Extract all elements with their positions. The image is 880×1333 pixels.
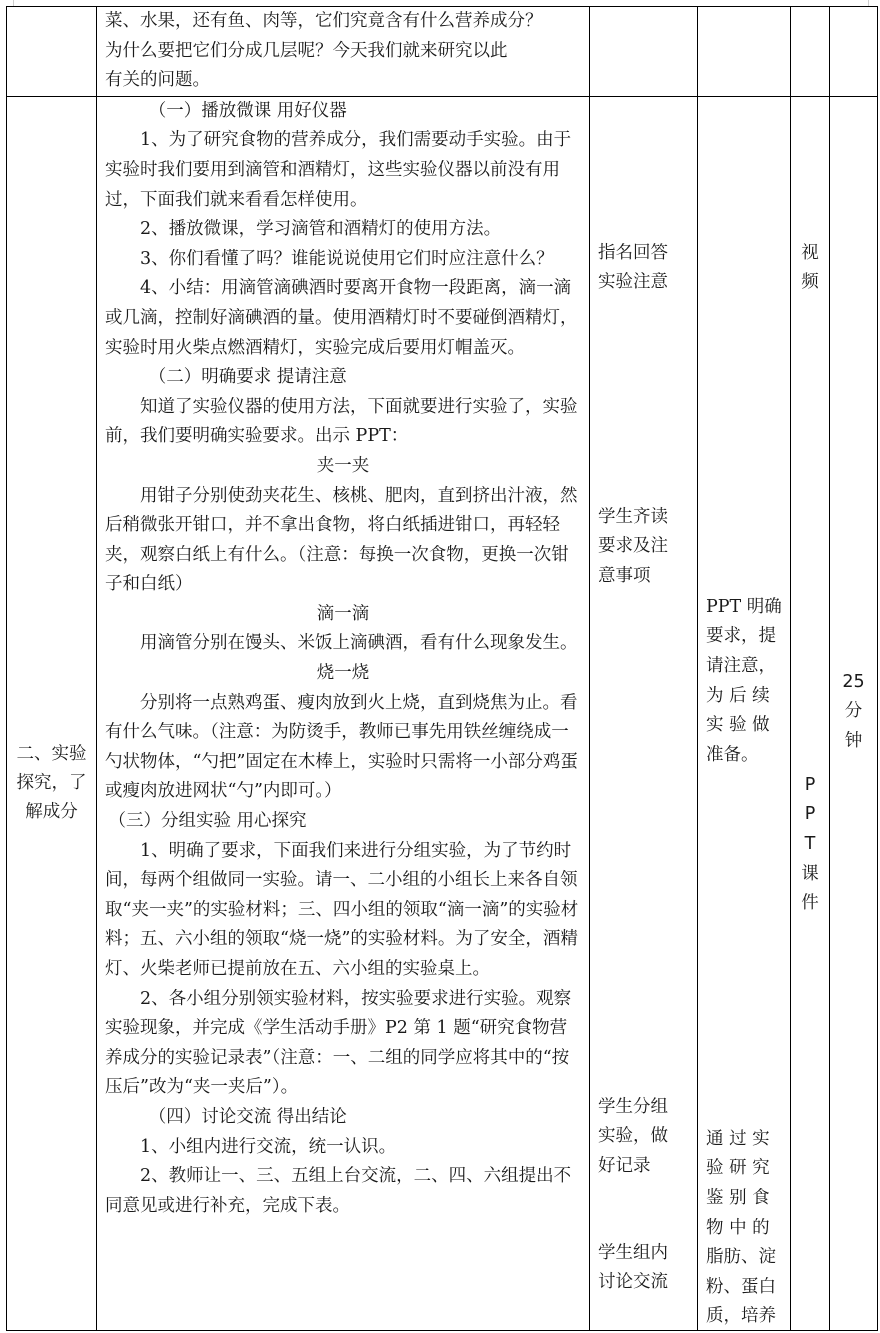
section-2-paragraph-1: 知道了实验仪器的使用方法，下面就要进行实验了，实验前，我们要明确实验要求。出示 … xyxy=(105,393,581,452)
intro-line-2: 为什么要把它们分成几层呢？今天我们就来研究以此 xyxy=(105,37,581,67)
time-cell: 25 分 钟 xyxy=(830,96,878,1330)
phase-label-line-2: 探究，了 xyxy=(13,769,90,798)
phase-label-line-3: 解成分 xyxy=(13,798,90,827)
phase-cell: 二、实验 探究，了 解成分 xyxy=(7,96,97,1330)
experiment-1-text: 用钳子分别使劲夹花生、核桃、肥肉，直到挤出汁液，然后稍微张开钳口，并不拿出食物，… xyxy=(105,482,581,600)
experiment-1-title: 夹一夹 xyxy=(105,452,581,482)
section-3-paragraph-1: 1、明确了要求，下面我们来进行分组实验，为了节约时间，每两个组做同一实验。请一、… xyxy=(105,837,581,985)
section-4-paragraph-1: 1、小组内进行交流，统一认识。 xyxy=(105,1133,581,1163)
section-3-paragraph-2: 2、各小组分别领实验材料，按实验要求进行实验。观察实验现象，并完成《学生活动手册… xyxy=(105,985,581,1103)
experiment-3-title: 烧一烧 xyxy=(105,659,581,689)
time-value: 25 xyxy=(830,668,877,698)
time-cell-empty xyxy=(830,7,878,97)
design-intent-2-line-3: 鉴 别 食 xyxy=(706,1184,783,1214)
section-title-3: （三）分组实验 用心探究 xyxy=(105,807,581,837)
media-cell: 视 频 P P T 课 件 xyxy=(791,96,830,1330)
table-row-intro: 菜、水果，还有鱼、肉等，它们究竟含有什么营养成分？ 为什么要把它们分成几层呢？今… xyxy=(7,7,878,97)
media-2-char-3: T xyxy=(791,830,829,860)
media-1-char-2: 频 xyxy=(791,268,829,298)
experiment-2-text: 用滴管分别在馒头、米饭上滴碘酒，看有什么现象发生。 xyxy=(105,629,581,659)
design-intent-2-line-7: 质，培养 xyxy=(706,1302,783,1332)
student-activity-2-line-1: 学生齐读 xyxy=(598,503,668,533)
media-2-char-1: P xyxy=(791,771,829,801)
experiment-2-title: 滴一滴 xyxy=(105,600,581,630)
design-intent-1-line-5: 实 验 做 xyxy=(706,711,783,741)
design-intent-1-line-3: 请注意， xyxy=(706,652,783,682)
design-intent-2-line-6: 粉、蛋白 xyxy=(706,1273,783,1303)
design-intent-1-line-1: PPT 明确 xyxy=(706,593,783,623)
student-activity-3-line-3: 好记录 xyxy=(598,1152,668,1182)
phase-cell-empty xyxy=(7,7,97,97)
student-activity-1-line-2: 实验注意 xyxy=(598,268,668,298)
phase-label-line-1: 二、实验 xyxy=(13,740,90,769)
teacher-activity-cell: 菜、水果，还有鱼、肉等，它们究竟含有什么营养成分？ 为什么要把它们分成几层呢？今… xyxy=(97,7,590,97)
design-intent-1-line-4: 为 后 续 xyxy=(706,682,783,712)
intro-line-1: 菜、水果，还有鱼、肉等，它们究竟含有什么营养成分？ xyxy=(105,7,581,37)
design-intent-2-line-1: 通 过 实 xyxy=(706,1125,783,1155)
student-activity-cell-empty xyxy=(590,7,698,97)
student-activity-2-line-3: 意事项 xyxy=(598,562,668,592)
teacher-activity-cell: （一）播放微课 用好仪器 1、为了研究食物的营养成分，我们需要动手实验。由于实验… xyxy=(97,96,590,1330)
section-title-2: （二）明确要求 提请注意 xyxy=(105,363,581,393)
time-unit-char-2: 钟 xyxy=(830,727,877,757)
student-activity-4-line-1: 学生组内 xyxy=(598,1239,668,1269)
section-title-1: （一）播放微课 用好仪器 xyxy=(105,97,581,127)
media-2-char-4: 课 xyxy=(791,860,829,890)
design-intent-2-line-4: 物 中 的 xyxy=(706,1214,783,1244)
media-2-char-5: 件 xyxy=(791,889,829,919)
media-1-char-1: 视 xyxy=(791,239,829,269)
section-4-paragraph-2: 2、教师让一、三、五组上台交流，二、四、六组提出不同意见或进行补充，完成下表。 xyxy=(105,1162,581,1221)
time-unit-char-1: 分 xyxy=(830,697,877,727)
design-intent-2-line-2: 验 研 究 xyxy=(706,1154,783,1184)
section-1-paragraph-2: 2、播放微课，学习滴管和酒精灯的使用方法。 xyxy=(105,215,581,245)
design-intent-1-line-2: 要求，提 xyxy=(706,622,783,652)
table-row-experiment: 二、实验 探究，了 解成分 （一）播放微课 用好仪器 1、为了研究食物的营养成分… xyxy=(7,96,878,1330)
design-intent-cell: PPT 明确 要求，提 请注意， 为 后 续 实 验 做 准备。 通 过 实 验… xyxy=(698,96,791,1330)
section-title-4: （四）讨论交流 得出结论 xyxy=(105,1103,581,1133)
design-intent-2-line-5: 脂肪、淀 xyxy=(706,1243,783,1273)
student-activity-cell: 指名回答 实验注意 学生齐读 要求及注 意事项 学生分组 实验，做 好记录 学生… xyxy=(590,96,698,1330)
student-activity-2-line-2: 要求及注 xyxy=(598,532,668,562)
lesson-plan-table: 菜、水果，还有鱼、肉等，它们究竟含有什么营养成分？ 为什么要把它们分成几层呢？今… xyxy=(6,6,878,1331)
section-1-paragraph-3: 3、你们看懂了吗？谁能说说使用它们时应注意什么？ xyxy=(105,245,581,275)
media-cell-empty xyxy=(791,7,830,97)
section-1-paragraph-4: 4、小结：用滴管滴碘酒时要离开食物一段距离，滴一滴或几滴，控制好滴碘酒的量。使用… xyxy=(105,274,581,363)
media-2-char-2: P xyxy=(791,800,829,830)
student-activity-1-line-1: 指名回答 xyxy=(598,239,668,269)
experiment-3-text: 分别将一点熟鸡蛋、瘦肉放到火上烧，直到烧焦为止。看有什么气味。（注意：为防烫手，… xyxy=(105,689,581,807)
design-intent-1-line-6: 准备。 xyxy=(706,741,783,771)
student-activity-3-line-1: 学生分组 xyxy=(598,1093,668,1123)
student-activity-3-line-2: 实验，做 xyxy=(598,1122,668,1152)
student-activity-4-line-2: 讨论交流 xyxy=(598,1268,668,1298)
section-1-paragraph-1: 1、为了研究食物的营养成分，我们需要动手实验。由于实验时我们要用到滴管和酒精灯，… xyxy=(105,126,581,215)
intro-line-3: 有关的问题。 xyxy=(105,66,581,96)
design-intent-cell-empty xyxy=(698,7,791,97)
